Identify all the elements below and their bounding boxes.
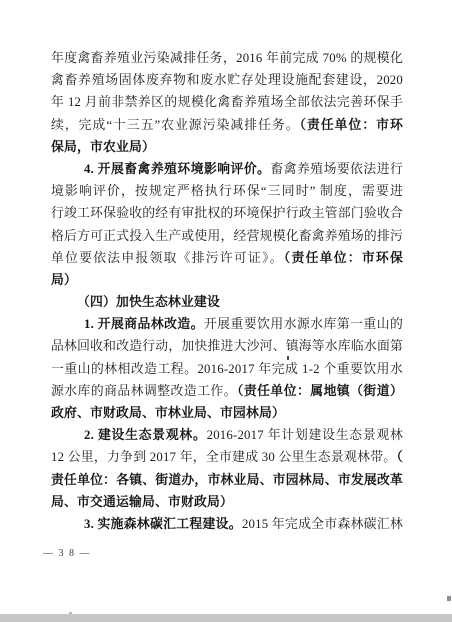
text-segment-bold: （责任单位：市环 xyxy=(300,118,403,132)
scan-artifact-dot xyxy=(287,356,289,360)
text-segment: 行竣工环保验收的经有审批权的环境保护行政主管部门验收合 xyxy=(51,206,403,220)
text-line: 年 12 月前非禁养区的规模化禽畜养殖场全部依法完善环保手 xyxy=(51,91,403,113)
text-segment: 年 12 月前非禁养区的规模化禽畜养殖场全部依法完善环保手 xyxy=(51,95,403,109)
text-segment-bold: 局） xyxy=(51,273,77,287)
text-segment: 年度禽畜养殖业污染减排任务，2016 年前完成 70% 的规模化 xyxy=(51,51,403,65)
document-page: 年度禽畜养殖业污染减排任务，2016 年前完成 70% 的规模化禽畜养殖场固体废… xyxy=(0,0,452,622)
text-segment-bold: （ xyxy=(396,450,403,464)
text-line: 12 公里，力争到 2017 年，全市建成 30 公里生态景观林带。（ xyxy=(51,446,403,468)
page-number: — 3 8 — xyxy=(43,548,91,559)
text-line: 2. 建设生态景观林。2016-2017 年计划建设生态景观林带 xyxy=(51,424,403,446)
text-line: 行竣工环保验收的经有审批权的环境保护行政主管部门验收合 xyxy=(51,202,403,224)
text-segment-bold: 责任单位：各镇、街道办，市林业局、市园林局、市发展改革 xyxy=(51,473,403,487)
text-line: 保局，市农业局） xyxy=(51,136,403,158)
text-segment: 品林回收和改造行动，加快推进大沙河、镇海等水库临水面第 xyxy=(51,339,403,353)
text-segment-bold: 2. 建设生态景观林。 xyxy=(84,428,207,442)
document-body: 年度禽畜养殖业污染减排任务，2016 年前完成 70% 的规模化禽畜养殖场固体废… xyxy=(51,47,403,535)
text-line: 一重山的林相改造工程。2016-2017 年完成 1-2 个重要饮用水 xyxy=(51,358,403,380)
text-line: 单位要依法申报领取《排污许可证》。（责任单位：市环保 xyxy=(51,247,403,269)
text-segment: 一重山的林相改造工程。2016-2017 年完成 1-2 个重要饮用水 xyxy=(51,362,403,376)
text-line: 4. 开展畜禽养殖环境影响评价。畜禽养殖场要依法进行环 xyxy=(51,158,403,180)
text-line: 3. 实施森林碳汇工程建设。2015 年完成全市森林碳汇林 xyxy=(51,513,403,535)
text-segment-bold: 3. 实施森林碳汇工程建设。 xyxy=(84,517,242,531)
text-line: 政府、市财政局、市林业局、市园林局） xyxy=(51,402,403,424)
text-segment-bold: 保局，市农业局） xyxy=(51,140,155,154)
text-line: 局、市交通运输局、市财政局） xyxy=(51,491,403,513)
text-segment: 2015 年完成全市森林碳汇林 xyxy=(242,517,403,531)
text-segment-bold: 4. 开展畜禽养殖环境影响评价。 xyxy=(84,162,270,176)
text-segment: 单位要依法申报领取《排污许可证》。 xyxy=(51,251,284,265)
text-line: 禽畜养殖场固体废弃物和废水贮存处理设施配套建设，2020 xyxy=(51,69,403,91)
page-bottom-edge xyxy=(0,614,452,622)
text-segment: 12 公里，力争到 2017 年，全市建成 30 公里生态景观林带。 xyxy=(51,450,396,464)
text-line: 源水库的商品林调整改造工作。（责任单位：属地镇（街道） xyxy=(51,380,403,402)
text-line: 格后方可正式投入生产或使用，经营规模化畜禽养殖场的排污 xyxy=(51,225,403,247)
text-segment-bold: （责任单位：市环保 xyxy=(284,251,403,265)
text-segment: 格后方可正式投入生产或使用，经营规模化畜禽养殖场的排污 xyxy=(51,229,403,243)
scan-artifact-dot xyxy=(447,596,451,601)
scan-artifact-dot xyxy=(69,612,72,614)
text-line: 局） xyxy=(51,269,403,291)
text-segment-bold: 局、市交通运输局、市财政局） xyxy=(51,495,233,509)
text-segment: 源水库的商品林调整改造工作。 xyxy=(51,384,237,398)
text-segment: 续，完成“十三五”农业源污染减排任务。 xyxy=(51,118,300,132)
text-line: 1. 开展商品林改造。开展重要饮用水源水库第一重山的商 xyxy=(51,313,403,335)
text-segment-bold: （四）加快生态林业建设 xyxy=(77,295,220,309)
text-segment-bold: 1. 开展商品林改造。 xyxy=(84,317,204,331)
text-segment-bold: （责任单位：属地镇（街道） xyxy=(237,384,403,398)
text-line: 年度禽畜养殖业污染减排任务，2016 年前完成 70% 的规模化 xyxy=(51,47,403,69)
text-line: 品林回收和改造行动，加快推进大沙河、镇海等水库临水面第 xyxy=(51,335,403,357)
text-segment: 境影响评价，按规定严格执行环保“三同时” 制度，需要进 xyxy=(51,184,403,198)
text-line: （四）加快生态林业建设 xyxy=(51,291,403,313)
text-segment-bold: 政府、市财政局、市林业局、市园林局） xyxy=(51,406,285,420)
text-line: 续，完成“十三五”农业源污染减排任务。（责任单位：市环 xyxy=(51,114,403,136)
text-line: 境影响评价，按规定严格执行环保“三同时” 制度，需要进 xyxy=(51,180,403,202)
text-line: 责任单位：各镇、街道办，市林业局、市园林局、市发展改革 xyxy=(51,469,403,491)
text-segment: 禽畜养殖场固体废弃物和废水贮存处理设施配套建设，2020 xyxy=(51,73,403,87)
